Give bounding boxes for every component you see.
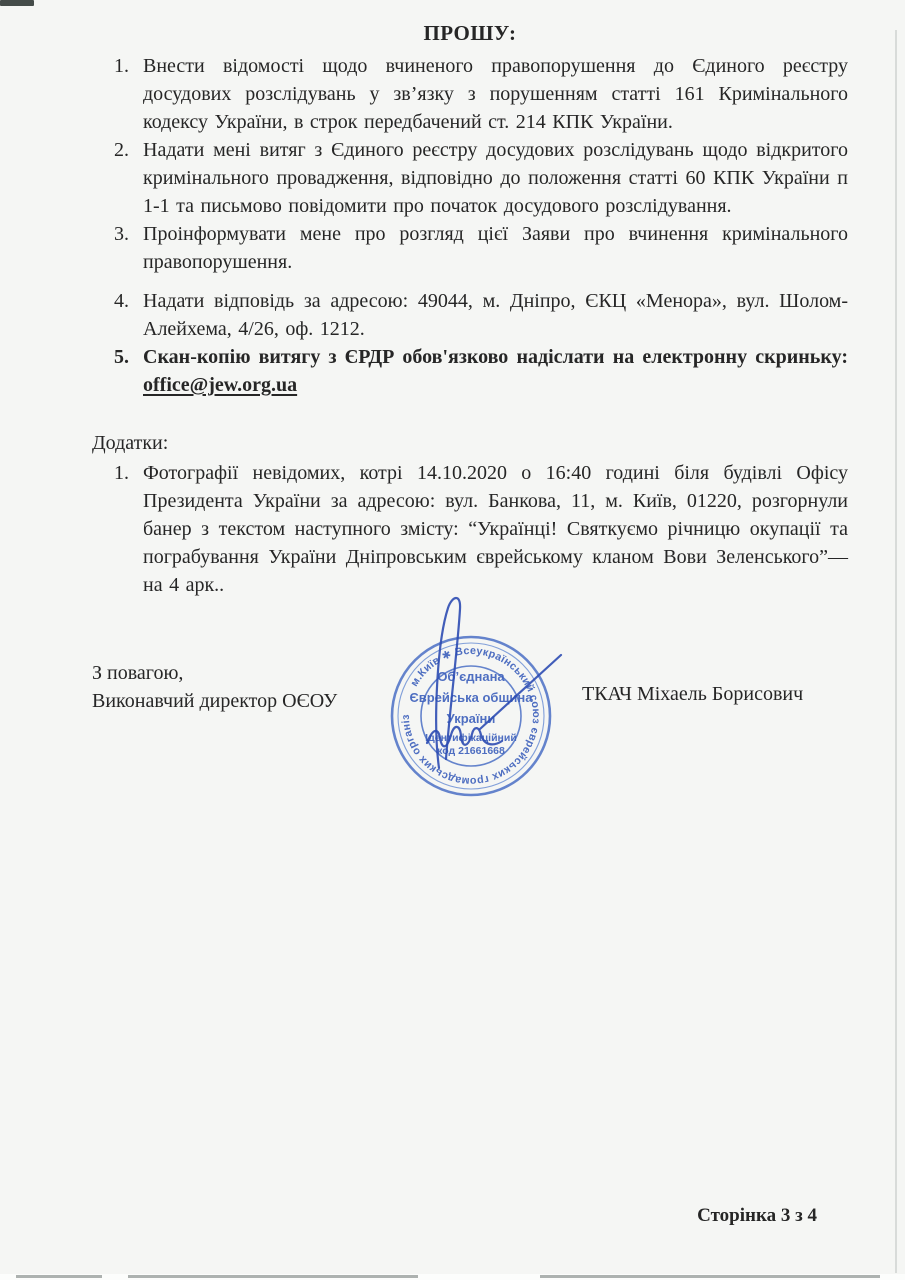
- request-item-4: 4. Надати відповідь за адресою: 49044, м…: [114, 287, 848, 343]
- request-number: 1.: [114, 52, 143, 136]
- request-number: 2.: [114, 136, 143, 220]
- scan-artifact-bottom-dash: [128, 1275, 418, 1278]
- signer-name: ТКАЧ Міхаель Борисович: [582, 680, 803, 708]
- closing-salutation: З повагою,: [92, 659, 183, 687]
- request-number: 5.: [114, 343, 143, 399]
- document-page: ПРОШУ: 1. Внести відомості щодо вчиненог…: [0, 0, 905, 1280]
- request-text-bold: Скан-копію витягу з ЄРДР обов'язково над…: [143, 346, 848, 368]
- scan-artifact-right-edge: [895, 30, 897, 1273]
- attachment-number: 1.: [114, 459, 143, 599]
- request-item-1: 1. Внести відомості щодо вчиненого право…: [114, 52, 848, 136]
- request-number: 3.: [114, 220, 143, 276]
- attachment-list: 1. Фотографії невідомих, котрі 14.10.202…: [114, 459, 848, 599]
- stamp-line-3: України: [447, 711, 496, 726]
- request-text: Проінформувати мене про розгляд цієї Зая…: [143, 220, 848, 276]
- request-text: Внести відомості щодо вчиненого правопор…: [143, 52, 848, 136]
- scan-artifact-bottom-dash: [540, 1275, 880, 1278]
- attachments-label: Додатки:: [92, 429, 848, 457]
- stamp-line-1: Об’єднана: [437, 669, 505, 684]
- attachment-item-1: 1. Фотографії невідомих, котрі 14.10.202…: [114, 459, 848, 599]
- request-text: Надати мені витяг з Єдиного реєстру досу…: [143, 136, 848, 220]
- email-link[interactable]: office@jew.org.ua: [143, 374, 297, 396]
- stamp-center-text: Об’єднана Єврейська община України Ідент…: [410, 669, 534, 757]
- attachment-text: Фотографії невідомих, котрі 14.10.2020 о…: [143, 459, 848, 599]
- request-text: Надати відповідь за адресою: 49044, м. Д…: [143, 287, 848, 343]
- scan-artifact-bottom-dash: [16, 1275, 102, 1278]
- request-item-5: 5. Скан-копію витягу з ЄРДР обов'язково …: [114, 343, 848, 399]
- request-item-2: 2. Надати мені витяг з Єдиного реєстру д…: [114, 136, 848, 220]
- request-text: Скан-копію витягу з ЄРДР обов'язково над…: [143, 343, 848, 399]
- page-number: Сторінка 3 з 4: [697, 1203, 817, 1229]
- document-body: ПРОШУ: 1. Внести відомості щодо вчиненог…: [92, 18, 848, 599]
- request-list: 1. Внести відомості щодо вчиненого право…: [114, 52, 848, 399]
- request-number: 4.: [114, 287, 143, 343]
- official-stamp: м.Київ ✱ Всеукраїнський союз єврейських …: [380, 585, 575, 800]
- signer-title: Виконавчий директор ОЄОУ: [92, 687, 337, 715]
- request-item-3: 3. Проінформувати мене про розгляд цієї …: [114, 220, 848, 276]
- scan-artifact-topleft: [0, 0, 34, 6]
- document-title: ПРОШУ:: [92, 18, 848, 48]
